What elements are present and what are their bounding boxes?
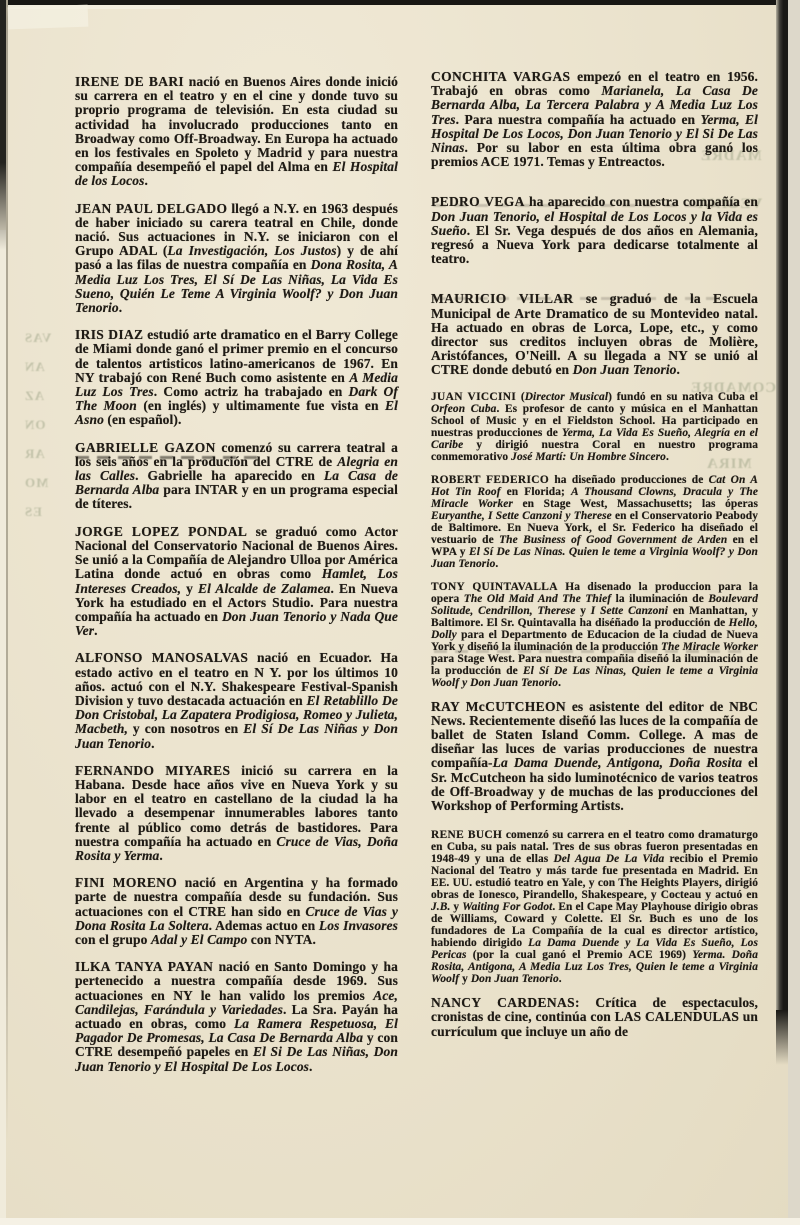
bio-paragraph-irene-de-bari: IRENE DE BARI nació en Buenos Aires dond… [75,75,398,189]
scan-edge-left-line [6,0,8,1140]
person-name: TONY QUINTAVALLA [431,581,558,593]
bio-paragraph-gabrielle-gazon: GABRIELLE GAZON comenzó su carrera teatr… [75,441,398,512]
scan-edge-right-fade [776,1010,788,1065]
person-name: RAY McCUTCHEON [431,699,566,714]
person-name: PEDRO VEGA [431,194,525,209]
bio-text: . Como actriz ha trabajado en [154,384,349,399]
bio-paragraph-tony-quintavalla: TONY QUINTAVALLA Ha disenado la producci… [431,581,758,689]
work-title: Euryanthe, I Sette Canzoni y Therese [431,510,612,522]
bio-text: con NYTA. [247,932,316,947]
bleedthrough-word: VAS [24,330,51,346]
work-title: Waiting For Godot [462,901,552,913]
bio-text: y [181,581,198,596]
bio-text: . [558,677,561,689]
work-title: Don Juan Tenorio [471,973,559,985]
person-name: ALFONSO MANOSALVAS [75,650,248,665]
person-name: NANCY CARDENAS [431,995,575,1010]
person-name: GABRIELLE GAZON [75,440,216,455]
person-name: FERNANDO MIYARES [75,763,230,778]
bio-paragraph-alfonso-manosalvas: ALFONSO MANOSALVAS nació en Ecuador. Ha … [75,651,398,750]
person-name: ILKA TANYA PAYAN [75,959,213,974]
bleedthrough-word: ON [24,417,46,433]
bio-text: ) fundó en su nativa Cuba el [608,391,758,403]
bio-paragraph-juan-viccini: JUAN VICCINI (Director Musical) fundó en… [431,391,758,463]
work-title: José Martí: Un Hombre Sincero [511,451,666,463]
work-title: The Business of Good Government de Arden [499,534,727,546]
bio-paragraph-jorge-lopez-pondal: JORGE LOPEZ PONDAL se graduó como Actor … [75,525,398,639]
work-title: The Miracle Worker [661,641,758,653]
person-name: FINI MORENO [75,875,177,890]
bio-text: (por la cual ganó el Premio ACE 1969) [467,949,693,961]
bio-paragraph-jean-paul-delgado: JEAN PAUL DELGADO llegó a N.Y. en 1963 d… [75,202,398,316]
person-name: JORGE LOPEZ PONDAL [75,524,247,539]
bio-text: y [575,605,590,617]
bio-paragraph-pedro-vega: PEDRO VEGA ha aparecido con nuestra comp… [431,195,758,266]
bio-text: . Gabrielle ha aparecido en [135,468,324,483]
scan-edge-right-outer [788,0,800,1225]
bio-text: . Ademas actuo en [209,918,319,933]
person-name: JEAN PAUL DELGADO [75,201,227,216]
bio-text: la iluminación de [611,593,708,605]
bio-paragraph-mauricio-villar: MAURICIO VILLAR se graduó de la Escuela … [431,292,758,377]
work-title: La Dama Duende, Antigona, Doña Rosita [493,755,742,770]
bio-text: . [119,300,122,315]
scan-edge-right-dark [776,0,788,1010]
bleedthrough-word: AN [24,359,45,375]
bio-text: . [677,362,680,377]
work-title: J.B. [431,901,450,913]
bio-text: . [151,736,154,751]
bio-text: y [450,901,462,913]
bleedthrough-word: AR [24,446,45,462]
work-title: Orfeon Cuba [431,403,496,415]
person-name: IRIS DIAZ [75,327,143,342]
bio-paragraph-robert-federico: ROBERT FEDERICO ha diseñado producciones… [431,474,758,570]
work-title: Adal y El Campo [151,932,247,947]
work-title: Director Musical [525,391,608,403]
bio-text: . Para nuestra compañía ha actuado en [456,112,701,127]
bio-text: . [159,848,162,863]
person-name: IRENE DE BARI [75,74,184,89]
bio-text: (en inglés) y ultimamente fue vista en [137,398,385,413]
work-title: Los Invasores [319,918,398,933]
scanned-program-page: MADREVECINACOMADREMIRA VASANAZONARMOES I… [0,0,800,1225]
bleedthrough-word: MO [24,475,48,491]
right-column: CONCHITA VARGAS empezó en el teatro en 1… [431,70,758,1052]
bio-text: en Florida; [501,486,571,498]
work-title: Don Juan Tenorio [573,362,677,377]
work-title: I Sette Canzoni [591,605,668,617]
left-column: IRENE DE BARI nació en Buenos Aires dond… [75,75,398,1087]
bio-text: . [309,1059,312,1074]
bio-text: . [144,173,147,188]
person-name: RENE BUCH [431,829,502,841]
bio-text: y con nosotros en [128,721,243,736]
bio-text: y [459,973,471,985]
bio-paragraph-conchita-vargas: CONCHITA VARGAS empezó en el teatro en 1… [431,70,758,169]
bio-text: . [94,623,97,638]
bio-paragraph-ilka-tanya-payan: ILKA TANYA PAYAN nació en Santo Domingo … [75,960,398,1074]
person-name: CONCHITA VARGAS [431,69,570,84]
work-title: El Alcalde de Zalamea [198,581,331,596]
work-title: The Old Maid And The Thief [464,593,611,605]
bio-paragraph-iris-diaz: IRIS DIAZ estudió arte dramatico en el B… [75,328,398,427]
scan-edge-bottom [0,1218,800,1225]
bio-paragraph-fini-moreno: FINI MORENO nació en Argentina y ha form… [75,876,398,947]
work-title: El Sí De Las Ninas. Quien le teme a Virg… [431,546,758,570]
bleedthrough-word: AZ [24,388,44,404]
bleedthrough-word: ES [24,504,42,520]
bio-text: . [495,558,498,570]
bio-text: . El Sr. Vega después de dos años en Ale… [431,223,758,266]
bio-text: ( [516,391,525,403]
person-name: MAURICIO VILLAR [431,291,574,306]
bio-text: en Stage West, Massachusetts; las óperas [513,498,758,510]
scan-edge-left-wedge [8,5,89,30]
bio-paragraph-fernando-miyares: FERNANDO MIYARES inició su carrera en la… [75,764,398,863]
bio-text: ha diseñado producciones de [549,474,709,486]
bio-text: . Por su labor en esta última obra ganó … [431,140,758,169]
bio-paragraph-rene-buch: RENE BUCH comenzó su carrera en el teatr… [431,829,758,985]
bio-text: con el grupo [75,932,151,947]
bio-text: (en español). [104,412,182,427]
bio-paragraph-ray-mccutcheon: RAY McCUTCHEON es asistente del editor d… [431,700,758,814]
person-name: ROBERT FEDERICO [431,474,549,486]
work-title: La Investigación, Los Justos [167,243,336,258]
work-title: Del Agua De La Vida [553,853,664,865]
bio-text: . [666,451,669,463]
bio-text: . [559,973,562,985]
bio-paragraph-nancy-cardenas: NANCY CARDENAS: Crítica de espectaculos,… [431,996,758,1039]
person-name: JUAN VICCINI [431,391,516,403]
bio-text: ha aparecido con nuestra compañía en [525,194,758,209]
